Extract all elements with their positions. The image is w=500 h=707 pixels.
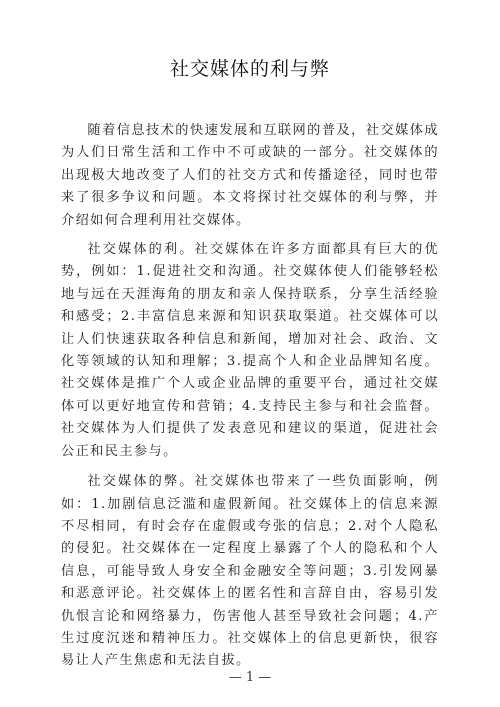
document-body: 随着信息技术的快速发展和互联网的普及，社交媒体成为人们日常生活和工作中不可或缺的… xyxy=(61,120,439,673)
paragraph-advantages: 社交媒体的利。社交媒体在许多方面都具有巨大的优势，例如：1.促进社交和沟通。社交… xyxy=(61,239,439,463)
paragraph-disadvantages: 社交媒体的弊。社交媒体也带来了一些负面影响，例如：1.加剧信息泛滥和虚假新闻。社… xyxy=(61,471,439,673)
document-page: 社交媒体的利与弊 随着信息技术的快速发展和互联网的普及，社交媒体成为人们日常生活… xyxy=(0,0,500,707)
document-title: 社交媒体的利与弊 xyxy=(0,54,500,81)
page-number: — 1 — xyxy=(0,670,500,685)
paragraph-intro: 随着信息技术的快速发展和互联网的普及，社交媒体成为人们日常生活和工作中不可或缺的… xyxy=(61,120,439,232)
